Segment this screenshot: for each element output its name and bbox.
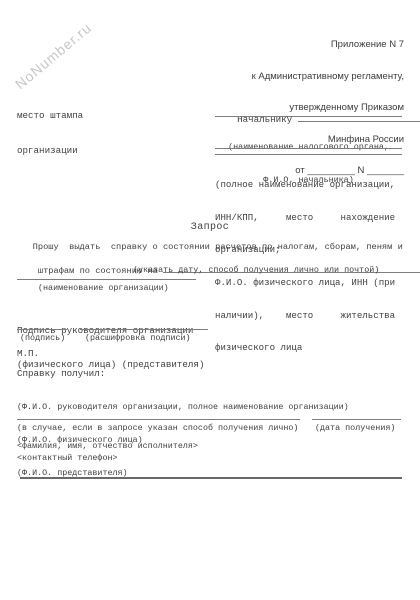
addressee-underline (215, 116, 402, 117)
stamp-place-line2: организации (17, 145, 83, 157)
receipt-date-hint: (дата получения) (315, 423, 395, 434)
document-page: NoNumber.ru Приложение N 7 к Администрат… (0, 0, 420, 600)
appendix-number: Приложение N 7 (252, 40, 404, 51)
received-label: Справку получил: (17, 369, 105, 378)
stamp-place-line1: место штампа (17, 110, 83, 122)
signature-name-hint: (расшифровка подписи) (85, 333, 191, 344)
document-title: Запрос (0, 223, 420, 233)
site-watermark: NoNumber.ru (12, 19, 94, 92)
stamp-place-note: место штампа организации (17, 87, 83, 179)
request-date-hint: (указать дату, способ получения лично ил… (133, 265, 379, 276)
bottom-divider (20, 477, 402, 479)
request-body-line1: Прошу выдать справку о состоянии расчето… (17, 243, 403, 252)
signature-hint: (подпись) (20, 333, 65, 344)
executor-hint: <фамилия, имя, отчество исполнителя> (17, 441, 198, 452)
applicant-hint-line: наличии), место жительства (215, 311, 405, 322)
personal-receipt-hint: (в случае, если в запросе указан способ … (17, 423, 298, 434)
org-name-hint: (наименование организации) (38, 283, 169, 294)
phone-hint: <контактный телефон> (17, 453, 118, 464)
receipt-date-line (312, 419, 401, 420)
org-name-overline (17, 279, 196, 280)
signature-name-line (80, 329, 208, 330)
appendix-regulation: к Административному регламенту, (252, 72, 404, 83)
stamp-abbr: М.П. (17, 349, 39, 358)
applicant-blank-line (215, 148, 402, 149)
applicant-overline (215, 154, 402, 155)
applicant-hint-line: физического лица (215, 343, 405, 354)
applicant-hint-line: (полное наименование организации, (215, 180, 405, 191)
signature-line (17, 329, 67, 330)
receipt-hint-line: (Ф.И.О. руководителя организации, полное… (17, 402, 349, 413)
personal-receipt-line (17, 419, 300, 420)
applicant-hint-line: ИНН/КПП, место нахождение (215, 213, 405, 224)
